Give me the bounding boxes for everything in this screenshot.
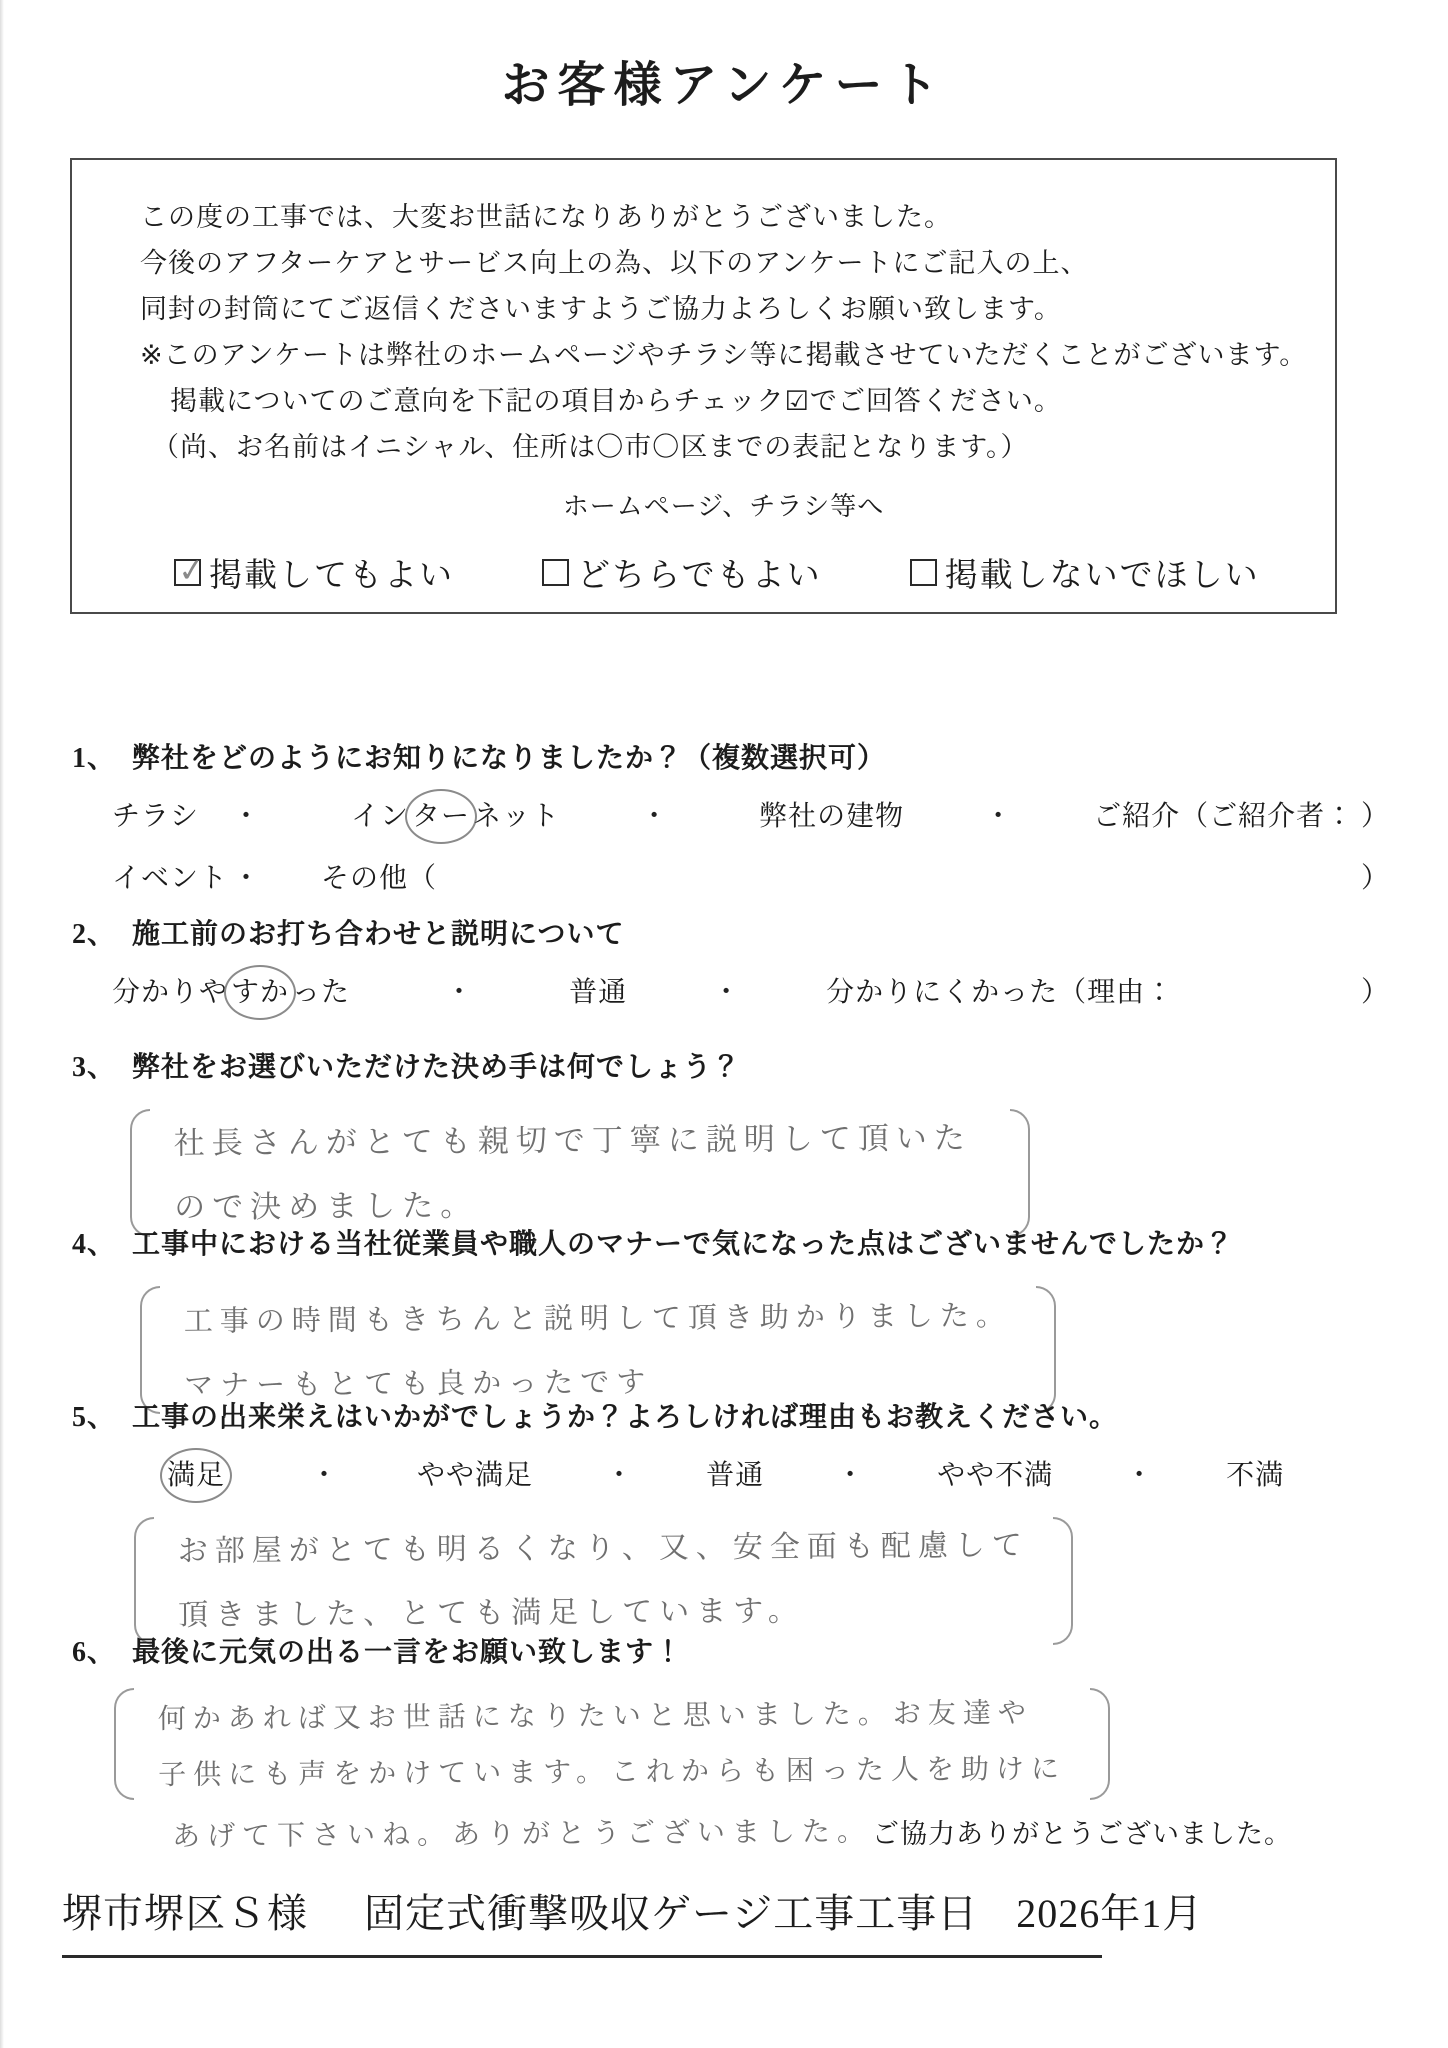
question-number: 2、 [72,912,116,952]
option-building: 弊社の建物 [759,794,904,834]
option-normal: 普通 [569,970,627,1010]
option-chirashi: チラシ [112,794,232,834]
question-text: 弊社をどのようにお知りになりましたか？（複数選択可） [132,743,886,774]
handwritten-line: 子供にも声をかけています。これからも困った人を助けに [158,1741,1066,1803]
question-3: 3、弊社をお選びいただけた決め手は何でしょう？ 社長さんがとても親切で丁寧に説明… [72,1045,1390,1237]
handwritten-bracket-left [134,1517,154,1645]
handwritten-bracket-left [114,1688,134,1800]
option-separator: ・ [310,1453,339,1493]
question-text: 工事中における当社従業員や職人のマナーで気になった点はございませんでしたか？ [132,1229,1234,1260]
option-somewhat-satisfied: やや満足 [417,1453,533,1493]
checkbox-icon [542,559,569,586]
option-event: イベント [112,856,232,896]
publish-target-label: ホームページ、チラシ等へ [140,486,1307,523]
question-1-header: 1、弊社をどのようにお知りになりましたか？（複数選択可） [72,736,1390,776]
option-other: その他（ [321,856,437,896]
question-6-last-line: あげて下さいね。ありがとうございました。 ご協力ありがとうございました。 [172,1810,1390,1858]
option-text: ネット [473,801,560,832]
question-1: 1、弊社をどのようにお知りになりましたか？（複数選択可） チラシ ・ インターネ… [72,736,1390,896]
closing-paren: ） [1361,970,1390,1010]
handwritten-answer: 何かあれば又お世話になりたいと思いました。お友達や 子供にも声をかけています。こ… [158,1685,1067,1803]
question-text: 工事の出来栄えはいかがでしょうか？よろしければ理由もお教えください。 [132,1402,1118,1433]
handwritten-bracket-left [130,1109,150,1237]
scanned-survey-page: { "page": { "title": "お客様アンケート" }, "sepa… [0,0,1448,2048]
option-separator: ・ [640,794,669,834]
publish-option-label: 掲載してもよい [209,549,454,596]
scan-edge-shadow [0,0,4,2048]
publish-option-no: 掲載しないでほしい [910,549,1260,596]
publish-option-label: 掲載しないでほしい [945,549,1260,596]
publish-option-ok: 掲載してもよい [174,549,454,596]
question-5-answer: お部屋がとても明るくなり、又、安全面も配慮して 頂きました、とても満足しています… [134,1517,1054,1645]
closing-paren: ） [1361,856,1390,896]
intro-line: 同封の封筒にてご返信くださいますようご協力よろしくお願い致します。 [140,286,1307,332]
work-date-label: 工事日 [855,1882,978,1939]
question-5: 5、工事の出来栄えはいかがでしょうか？よろしければ理由もお教えください。 満足 … [72,1395,1390,1645]
option-separator: ・ [712,970,741,1010]
handwritten-answer: 社長さんがとても親切で丁寧に説明して頂いた ので決めました。 [174,1106,973,1240]
blank-space [972,1109,986,1237]
handwritten-bracket-right [1090,1688,1110,1800]
question-4: 4、工事中における当社従業員や職人のマナーで気になった点はございませんでしたか？… [72,1222,1390,1414]
closing-paren: ） [1361,794,1390,834]
option-text: 分かりや [112,977,228,1008]
handwritten-bracket-right [1010,1109,1030,1237]
work-description: 固定式衝撃吸収ゲージ工事 [364,1882,855,1939]
checkbox-icon [174,559,201,586]
option-separator: ・ [836,1453,865,1493]
option-separator: ・ [232,794,261,834]
publish-options-row: 掲載してもよい どちらでもよい 掲載しないでほしい [140,549,1307,596]
option-internet: インターネット [351,794,560,838]
option-separator: ・ [605,1453,634,1493]
page-title: お客様アンケート [0,46,1448,115]
handwritten-circle-mark: すか [224,965,296,1020]
option-dissatisfied: 不満 [1226,1453,1284,1493]
option-normal: 普通 [706,1453,764,1493]
intro-line: この度の工事では、大変お世話になりありがとうございました。 [140,194,1307,240]
handwritten-line: 社長さんがとても親切で丁寧に説明して頂いた [174,1106,972,1176]
question-4-header: 4、工事中における当社従業員や職人のマナーで気になった点はございませんでしたか？ [72,1222,1390,1262]
checkbox-icon [910,559,937,586]
handwritten-line: 何かあれば又お世話になりたいと思いました。お友達や [158,1685,1066,1747]
question-number: 1、 [72,736,116,776]
question-3-header: 3、弊社をお選びいただけた決め手は何でしょう？ [72,1045,1390,1085]
option-separator: ・ [232,856,261,896]
question-number: 6、 [72,1630,116,1670]
intro-line: 今後のアフターケアとサービス向上の為、以下のアンケートにご記入の上、 [140,240,1307,286]
option-separator: ・ [1125,1453,1154,1493]
question-number: 3、 [72,1045,116,1085]
option-hard: 分かりにくかった（理由： [826,970,1174,1010]
option-easy: 分かりやすかった [112,970,350,1014]
question-1-options-row2: イベント ・ その他（ ） [72,856,1390,896]
question-1-options-row1: チラシ ・ インターネット ・ 弊社の建物 ・ ご紹介（ご紹介者： ） [72,794,1390,838]
work-date-value: 2026年1月 [1016,1882,1203,1939]
option-referral: ご紹介（ご紹介者： [1093,794,1354,834]
question-5-options-row: 満足 ・ やや満足 ・ 普通 ・ やや不満 ・ 不満 [72,1453,1390,1497]
option-text: った [292,977,350,1008]
intro-line: 掲載についてのご意向を下記の項目からチェック☑でご回答ください。 [140,378,1307,424]
handwritten-line: 工事の時間もきちんと説明して頂き助かりました。 [184,1283,1012,1353]
question-number: 4、 [72,1222,116,1262]
question-6-header: 6、最後に元気の出る一言をお願い致します！ [72,1630,1390,1670]
intro-box: この度の工事では、大変お世話になりありがとうございました。 今後のアフターケアと… [70,158,1337,614]
question-2-options-row: 分かりやすかった ・ 普通 ・ 分かりにくかった（理由： ） [72,970,1390,1014]
intro-line: ※このアンケートは弊社のホームページやチラシ等に掲載させていただくことがございま… [140,332,1307,378]
question-text: 施工前のお打ち合わせと説明について [132,919,624,950]
question-text: 最後に元気の出る一言をお願い致します！ [132,1637,683,1668]
question-3-answer: 社長さんがとても親切で丁寧に説明して頂いた ので決めました。 [130,1109,1030,1237]
handwritten-line: お部屋がとても明るくなり、又、安全面も配慮して [178,1514,1029,1584]
option-somewhat-dissatisfied: やや不満 [937,1453,1053,1493]
question-text: 弊社をお選びいただけた決め手は何でしょう？ [132,1052,741,1083]
handwritten-answer: お部屋がとても明るくなり、又、安全面も配慮して 頂きました、とても満足しています… [178,1514,1030,1648]
publish-option-label: どちらでもよい [577,549,822,596]
question-2-header: 2、施工前のお打ち合わせと説明について [72,912,1390,952]
printed-thanks-note: ご協力ありがとうございました。 [872,1812,1292,1851]
question-6-answer: 何かあれば又お世話になりたいと思いました。お友達や 子供にも声をかけています。こ… [114,1688,1044,1800]
handwritten-bracket-right [1053,1517,1073,1645]
customer-name: 堺市堺区Ｓ様 [62,1882,308,1939]
option-separator: ・ [445,970,474,1010]
question-6: 6、最後に元気の出る一言をお願い致します！ 何かあれば又お世話になりたいと思いま… [72,1630,1390,1858]
question-2: 2、施工前のお打ち合わせと説明について 分かりやすかった ・ 普通 ・ 分かりに… [72,912,1390,1014]
intro-line: （尚、お名前はイニシャル、住所は〇市〇区までの表記となります。） [140,424,1307,470]
question-5-header: 5、工事の出来栄えはいかがでしょうか？よろしければ理由もお教えください。 [72,1395,1390,1435]
handwritten-circle-mark: ター [405,789,477,844]
option-text: イン [351,801,409,832]
question-number: 5、 [72,1395,116,1435]
publish-option-either: どちらでもよい [542,549,822,596]
handwritten-circle-mark: 満足 [160,1448,232,1503]
handwritten-line: あげて下さいね。ありがとうございました。 [172,1808,872,1861]
footer-work-record: 堺市堺区Ｓ様 固定式衝撃吸収ゲージ工事 工事日 2026年1月 [62,1882,1102,1958]
option-separator: ・ [984,794,1013,834]
